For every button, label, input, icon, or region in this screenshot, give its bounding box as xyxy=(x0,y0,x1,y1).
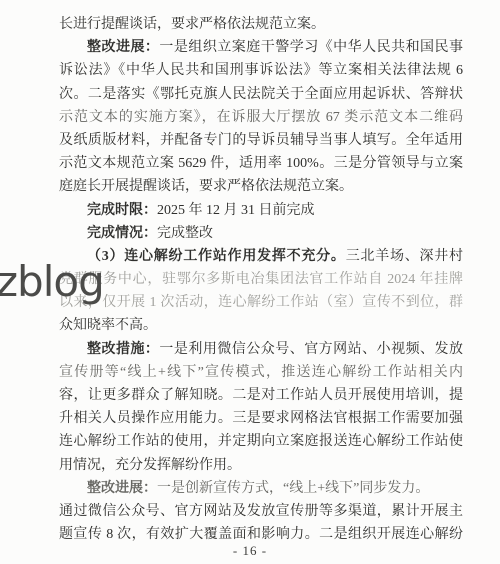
text-line: 以来，仅开展 1 次活动，连心解纷工作站（室）宣传不到位，群 xyxy=(59,291,463,314)
text-line: 众知晓率不高。 xyxy=(59,314,463,337)
text-segment: 诉讼法》《中华人民共和国刑事诉讼法》等立案相关法律法规 6 xyxy=(59,63,463,78)
text-line: 整改进展：一是创新宣传方式，“线上+线下”同步发力。 xyxy=(59,477,463,500)
text-line: 通过微信公众号、官方网站及发放宣传册等多渠道，累计开展主 xyxy=(59,500,463,523)
bold-label: 整改进展： xyxy=(87,481,157,496)
bold-label: （3）连心解纷工作站作用发挥不充分。 xyxy=(87,249,346,264)
text-segment: 一是利用微信公众号、官方网站、小视频、发放 xyxy=(159,342,463,357)
text-line: 用情况，充分发挥解纷作用。 xyxy=(59,454,463,477)
text-line: 及纸质版材料，并配备专门的导诉员辅导当事人填写。全年适用 xyxy=(59,129,463,152)
text-segment: 连心解纷工作站的使用，并定期向立案庭报送连心解纷工作站使 xyxy=(59,434,463,449)
bold-label: 整改措施： xyxy=(87,342,159,357)
text-segment: 用情况，充分发挥解纷作用。 xyxy=(59,458,241,473)
text-line: 完成时限：2025 年 12 月 31 日前完成 xyxy=(59,199,463,222)
text-segment: 以来，仅开展 1 次活动，连心解纷工作站（室）宣传不到位，群 xyxy=(59,295,463,310)
text-segment: 党群服务中心，驻鄂尔多斯电冶集团法官工作站自 2024 年挂牌 xyxy=(59,272,463,287)
text-line: （3）连心解纷工作站作用发挥不充分。三北羊场、深井村 xyxy=(59,245,463,268)
text-segment: 示范文本规范立案 5629 件，适用率 100%。三是分管领导与立案 xyxy=(59,156,463,171)
bold-label: 完成情况： xyxy=(87,226,157,241)
text-line: 党群服务中心，驻鄂尔多斯电冶集团法官工作站自 2024 年挂牌 xyxy=(59,268,463,291)
text-segment: 通过微信公众号、官方网站及发放宣传册等多渠道，累计开展主 xyxy=(59,504,463,519)
text-segment: 庭庭长开展提醒谈话，要求严格依法规范立案。 xyxy=(59,179,353,194)
text-segment: 题宣传 8 次，有效扩大覆盖面和影响力。二是组织开展连心解纷 xyxy=(59,527,463,542)
text-segment: 次。二是落实《鄂托克旗人民法院关于全面应用起诉状、答辩状 xyxy=(59,87,463,102)
text-line: 完成情况：完成整改 xyxy=(59,222,463,245)
text-line: 诉讼法》《中华人民共和国刑事诉讼法》等立案相关法律法规 6 xyxy=(59,59,463,82)
text-segment: 一是组织立案庭干警学习《中华人民共和国民事 xyxy=(159,40,463,55)
text-segment: 示范文本的实施方案》，在诉服大厅摆放 67 类示范文本二维码 xyxy=(59,110,463,125)
text-line: 示范文本的实施方案》，在诉服大厅摆放 67 类示范文本二维码 xyxy=(59,106,463,129)
document-body: 长进行提醒谈话，要求严格依法规范立案。整改进展：一是组织立案庭干警学习《中华人民… xyxy=(59,13,463,546)
watermark: zblog xyxy=(0,260,104,304)
text-line: 升相关人员操作应用能力。三是要求网格法官根据工作需要加强 xyxy=(59,407,463,430)
text-segment: 众知晓率不高。 xyxy=(59,318,157,333)
text-line: 次。二是落实《鄂托克旗人民法院关于全面应用起诉状、答辩状 xyxy=(59,83,463,106)
text-segment: 2025 年 12 月 31 日前完成 xyxy=(157,203,315,218)
text-segment: 及纸质版材料，并配备专门的导诉员辅导当事人填写。全年适用 xyxy=(59,133,463,148)
text-line: 整改进展：一是组织立案庭干警学习《中华人民共和国民事 xyxy=(59,36,463,59)
text-line: 长进行提醒谈话，要求严格依法规范立案。 xyxy=(59,13,463,36)
text-line: 连心解纷工作站的使用，并定期向立案庭报送连心解纷工作站使 xyxy=(59,430,463,453)
text-segment: 完成整改 xyxy=(157,226,213,241)
bold-label: 整改进展： xyxy=(87,40,159,55)
text-segment: 一是创新宣传方式，“线上+线下”同步发力。 xyxy=(157,481,429,496)
text-line: 示范文本规范立案 5629 件，适用率 100%。三是分管领导与立案 xyxy=(59,152,463,175)
text-segment: 容，让更多群众了解知晓。二是对工作站人员开展使用培训，提 xyxy=(59,388,463,403)
scanned-document-page: 长进行提醒谈话，要求严格依法规范立案。整改进展：一是组织立案庭干警学习《中华人民… xyxy=(0,0,500,564)
text-segment: 宣传册等“线上+线下”宣传模式，推送连心解纷工作站相关内 xyxy=(59,365,463,380)
text-line: 庭庭长开展提醒谈话，要求严格依法规范立案。 xyxy=(59,175,463,198)
text-segment: 升相关人员操作应用能力。三是要求网格法官根据工作需要加强 xyxy=(59,411,463,426)
text-line: 宣传册等“线上+线下”宣传模式，推送连心解纷工作站相关内 xyxy=(59,361,463,384)
text-segment: 三北羊场、深井村 xyxy=(346,249,463,264)
text-line: 容，让更多群众了解知晓。二是对工作站人员开展使用培训，提 xyxy=(59,384,463,407)
bold-label: 完成时限： xyxy=(87,203,157,218)
text-segment: 长进行提醒谈话，要求严格依法规范立案。 xyxy=(59,17,325,32)
text-line: 整改措施：一是利用微信公众号、官方网站、小视频、发放 xyxy=(59,338,463,361)
page-number: - 16 - xyxy=(0,543,500,559)
